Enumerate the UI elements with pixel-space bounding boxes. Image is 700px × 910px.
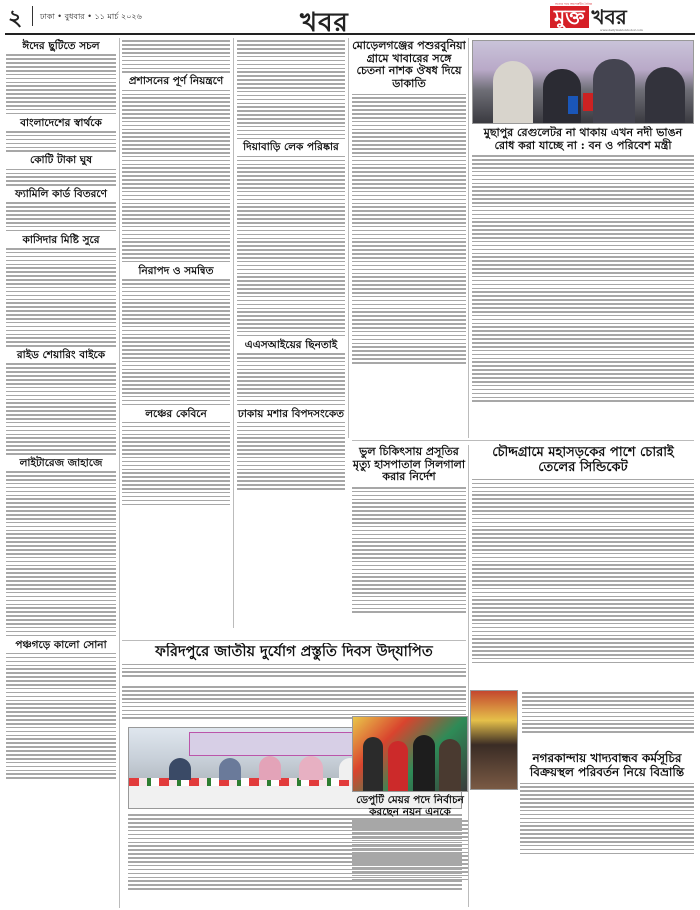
logo-black-part: খবর	[592, 6, 627, 28]
microphone-icon	[583, 93, 593, 111]
person-shape	[645, 67, 685, 124]
column-3: দিয়াবাড়ি লেক পরিষ্কার এএসআইয়ের ছিনতাই…	[237, 38, 345, 628]
microphone-icon	[568, 96, 578, 114]
headline[interactable]: কাসিদার মিষ্টি সুরে	[6, 234, 116, 246]
press-briefing-photo	[472, 40, 694, 124]
logo-url: www.dailymuktokhobor.com	[600, 28, 643, 32]
column-divider	[233, 38, 234, 628]
headline[interactable]: ঈদের ছুটিতে সচল	[6, 40, 116, 52]
lead-headline[interactable]: মোড়েলগঞ্জের পশুরবুনিয়া গ্রামে খাবারের …	[352, 40, 466, 91]
article-body	[6, 54, 116, 114]
article-body	[352, 820, 468, 880]
column-1: ঈদের ছুটিতে সচল বাংলাদেশের স্বার্থকে কোট…	[6, 38, 116, 908]
header-rule	[5, 33, 695, 35]
headline[interactable]: রাইড শেয়ারিং বাইকে	[6, 349, 116, 361]
person-shape	[593, 59, 635, 124]
date-line: ঢাকা • বুধবার • ১১ মার্চ ২০২৬	[40, 11, 142, 24]
headline[interactable]: ফ্যামিলি কার্ড বিতরণে	[6, 188, 116, 200]
headline[interactable]: ঢাকায় মশার বিপদসংকেত	[237, 408, 345, 420]
article-body	[6, 131, 116, 152]
deputy-mayor-headline[interactable]: ডেপুটি মেয়র পদে নির্বাচন করছেন নয়ন এনক…	[352, 794, 468, 818]
article-body	[352, 94, 466, 364]
newspaper-logo[interactable]: মুক্ত খবর	[550, 6, 627, 28]
faridpur-story: ফরিদপুরে জাতীয় দুর্যোগ প্রস্তুতি দিবস উ…	[122, 643, 466, 683]
article-body	[122, 664, 466, 677]
article-body	[352, 487, 466, 613]
article-body	[122, 422, 230, 505]
article-body	[237, 422, 345, 490]
headline[interactable]: পঞ্চগড়ে কালো সোনা	[6, 639, 116, 651]
headline[interactable]: এএসআইয়ের ছিনতাই	[237, 339, 345, 351]
top-right-headline[interactable]: মুছাপুর রেগুলেটর না থাকায় এখন নদী ভাঙন …	[472, 127, 694, 152]
bottom-right-story: নগরকান্দায় খাদ্যবান্ধব কর্মসূচির বিক্রয…	[472, 750, 694, 908]
article-body	[6, 169, 116, 186]
article-body	[472, 783, 694, 855]
deputy-mayor-story: ডেপুটি মেয়র পদে নির্বাচন করছেন নয়ন এনক…	[352, 794, 468, 906]
article-body	[6, 471, 116, 636]
person-shape	[388, 741, 408, 792]
column-divider	[468, 445, 469, 907]
article-body	[122, 686, 466, 719]
person-shape	[259, 756, 281, 780]
logo-red-part: মুক্ত	[550, 6, 589, 28]
top-right-story: মুছাপুর রেগুলেটর না থাকায় এখন নদী ভাঙন …	[472, 126, 694, 438]
mid-center-headline[interactable]: ভুল চিকিৎসায় প্রসূতির মৃত্যু হাসপাতাল স…	[352, 446, 466, 484]
column-divider	[348, 38, 349, 438]
page-number: ২	[8, 6, 22, 30]
headline[interactable]: বাংলাদেশের স্বার্থকে	[6, 117, 116, 129]
article-body	[472, 155, 694, 402]
column-2: প্রশাসনের পূর্ণ নিয়ন্ত্রণে নিরাপদ ও সমন…	[122, 38, 230, 628]
person-shape	[299, 756, 323, 780]
person-shape	[363, 737, 383, 792]
article-body	[237, 40, 345, 139]
lead-story: মোড়েলগঞ্জের পশুরবুনিয়া গ্রামে খাবারের …	[352, 38, 466, 438]
section-divider	[122, 640, 466, 641]
section-divider	[352, 440, 694, 441]
article-body	[122, 90, 230, 263]
article-body	[522, 692, 694, 733]
article-body	[237, 353, 345, 405]
person-shape	[169, 758, 191, 780]
mid-center-story: ভুল চিকিৎসায় প্রসূতির মৃত্যু হাসপাতাল স…	[352, 444, 466, 639]
person-shape	[413, 735, 435, 792]
group-photo	[352, 716, 468, 792]
person-shape	[219, 758, 241, 780]
article-body	[6, 248, 116, 347]
mid-right-headline[interactable]: চৌদ্দগ্রামে মহাসড়কের পাশে চোরাই তেলের স…	[472, 446, 694, 476]
person-shape	[439, 739, 461, 792]
article-body	[472, 479, 694, 663]
header-divider	[32, 6, 33, 26]
article-body	[122, 279, 230, 405]
article-body	[6, 202, 116, 231]
headline[interactable]: দিয়াবাড়ি লেক পরিষ্কার	[237, 141, 345, 153]
article-body	[237, 156, 345, 337]
person-shape	[493, 61, 533, 124]
article-body	[122, 40, 230, 73]
column-divider	[468, 38, 469, 438]
headline[interactable]: নিরাপদ ও সমন্বিত	[122, 265, 230, 277]
headline[interactable]: প্রশাসনের পূর্ণ নিয়ন্ত্রণে	[122, 75, 230, 87]
article-body	[6, 363, 116, 454]
mid-right-story: চৌদ্দগ্রামে মহাসড়কের পাশে চোরাই তেলের স…	[472, 444, 694, 714]
column-divider	[119, 38, 120, 908]
faridpur-headline[interactable]: ফরিদপুরে জাতীয় দুর্যোগ প্রস্তুতি দিবস উ…	[122, 644, 466, 661]
headline[interactable]: লঞ্চের কেবিনে	[122, 408, 230, 420]
headline[interactable]: কোটি টাকা ঘুষ	[6, 154, 116, 166]
article-body	[6, 653, 116, 779]
headline[interactable]: লাইটারেজ জাহাজে	[6, 457, 116, 469]
bottom-right-headline[interactable]: নগরকান্দায় খাদ্যবান্ধব কর্মসূচির বিক্রয…	[472, 752, 694, 780]
